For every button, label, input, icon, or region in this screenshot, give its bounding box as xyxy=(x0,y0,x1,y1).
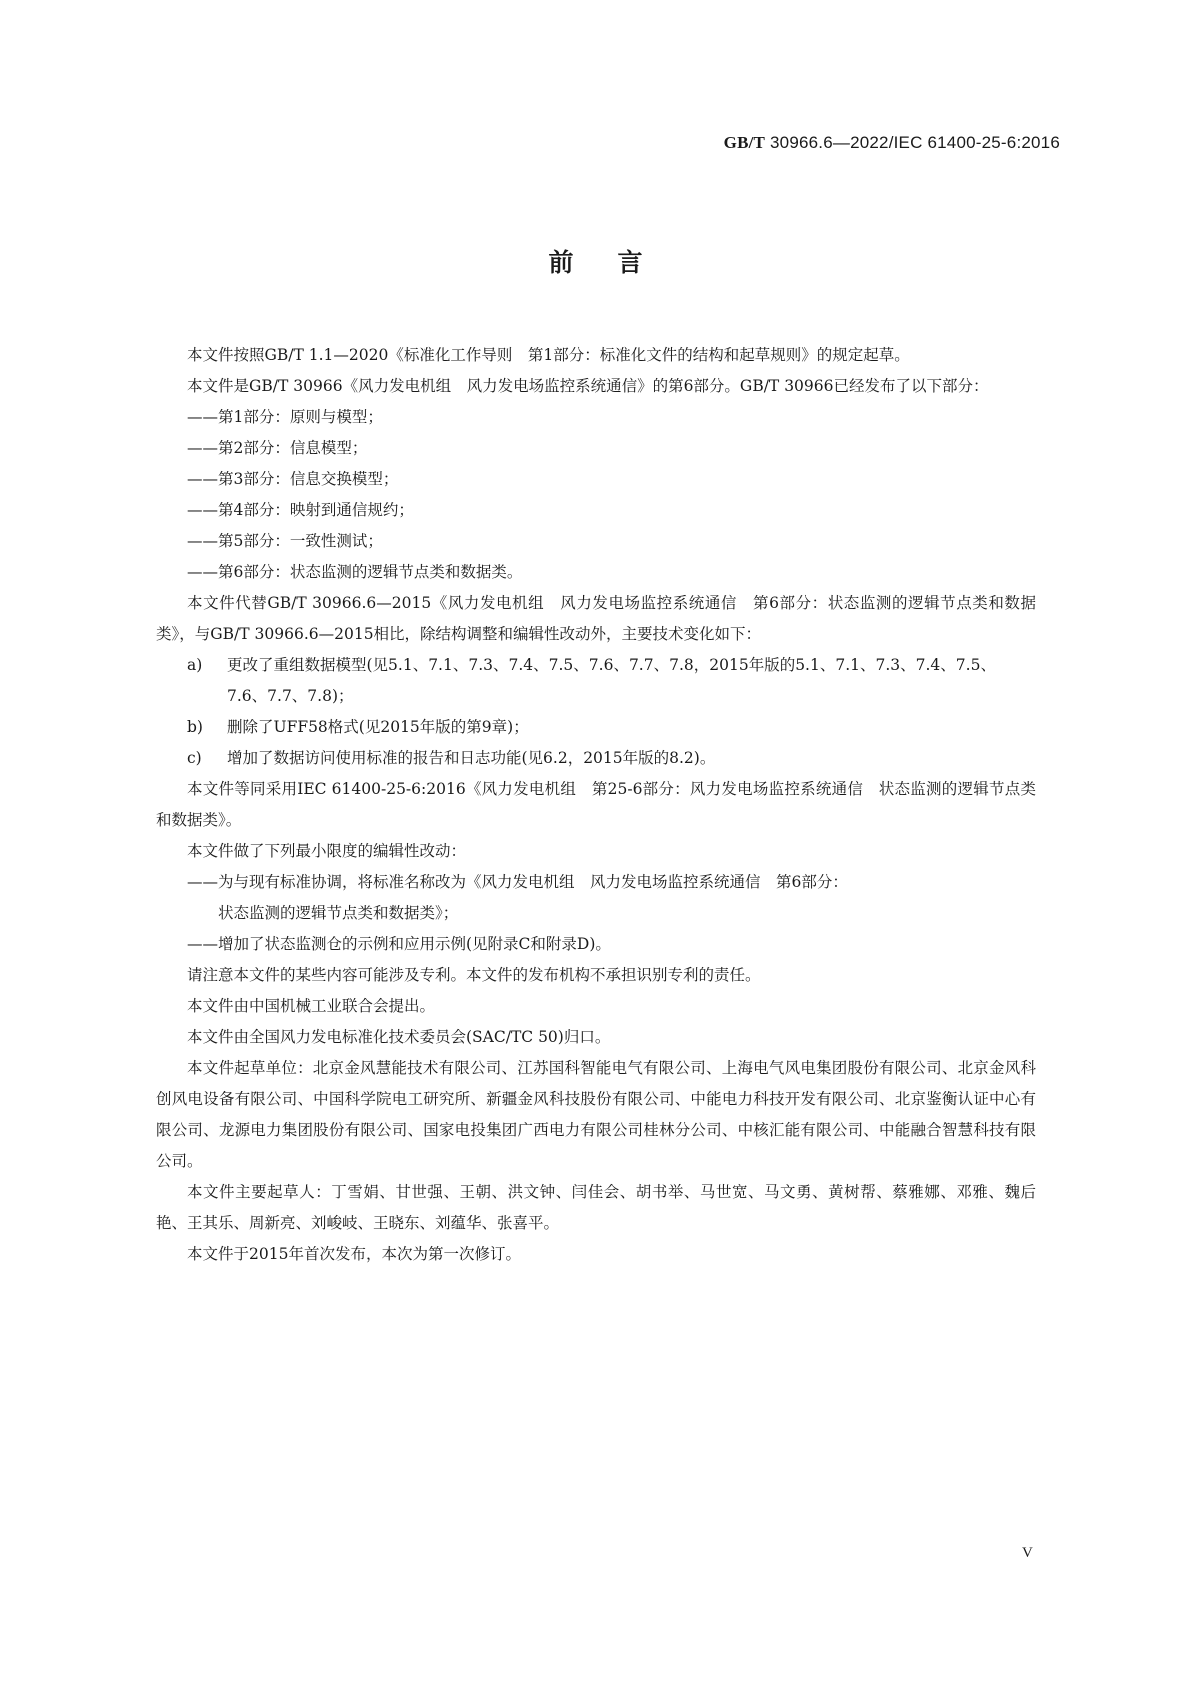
list-item-edit: ——为与现有标准协调，将标准名称改为《风力发电机组 风力发电场监控系统通信 第6… xyxy=(156,867,1036,898)
paragraph-editorial-changes-intro: 本文件做了下列最小限度的编辑性改动： xyxy=(156,836,1036,867)
enum-text: 更改了重组数据模型(见5.1、7.1、7.3、7.4、7.5、7.6、7.7、7… xyxy=(227,650,1036,712)
paragraph-proposer: 本文件由中国机械工业联合会提出。 xyxy=(156,991,1036,1022)
paragraph-replaces: 本文件代替GB/T 30966.6—2015《风力发电机组 风力发电场监控系统通… xyxy=(156,588,1036,650)
page-title: 前言 xyxy=(0,243,1191,279)
standard-code-number: 30966.6—2022/IEC 61400-25-6:2016 xyxy=(765,133,1060,152)
paragraph-series-intro: 本文件是GB/T 30966《风力发电机组 风力发电场监控系统通信》的第6部分。… xyxy=(156,371,1036,402)
paragraph-committee: 本文件由全国风力发电标准化技术委员会(SAC/TC 50)归口。 xyxy=(156,1022,1036,1053)
paragraph-equivalent-adoption: 本文件等同采用IEC 61400-25-6:2016《风力发电机组 第25-6部… xyxy=(156,774,1036,836)
paragraph-drafters: 本文件主要起草人：丁雪娟、甘世强、王朝、洪文钟、闫佳会、胡书举、马世宽、马文勇、… xyxy=(156,1177,1036,1239)
list-item-change: c) 增加了数据访问使用标准的报告和日志功能(见6.2，2015年版的8.2)。 xyxy=(156,743,1036,774)
list-item-part: ——第4部分：映射到通信规约； xyxy=(156,495,1036,526)
list-item-part: ——第5部分：一致性测试； xyxy=(156,526,1036,557)
paragraph-patent-notice: 请注意本文件的某些内容可能涉及专利。本文件的发布机构不承担识别专利的责任。 xyxy=(156,960,1036,991)
list-item-edit-continuation: 状态监测的逻辑节点类和数据类》； xyxy=(156,898,1036,929)
paragraph-revision-history: 本文件于2015年首次发布，本次为第一次修订。 xyxy=(156,1239,1036,1270)
list-item-part: ——第6部分：状态监测的逻辑节点类和数据类。 xyxy=(156,557,1036,588)
enum-label: c) xyxy=(187,743,227,774)
standard-code-header: GB/T 30966.6—2022/IEC 61400-25-6:2016 xyxy=(724,133,1060,153)
enum-text: 增加了数据访问使用标准的报告和日志功能(见6.2，2015年版的8.2)。 xyxy=(227,743,1036,774)
list-item-change: b) 删除了UFF58格式(见2015年版的第9章)； xyxy=(156,712,1036,743)
paragraph-drafting-units: 本文件起草单位：北京金风慧能技术有限公司、江苏国科智能电气有限公司、上海电气风电… xyxy=(156,1053,1036,1177)
list-item-change: a) 更改了重组数据模型(见5.1、7.1、7.3、7.4、7.5、7.6、7.… xyxy=(156,650,1036,712)
enum-text: 删除了UFF58格式(见2015年版的第9章)； xyxy=(227,712,1036,743)
paragraph-drafting-rules: 本文件按照GB/T 1.1—2020《标准化工作导则 第1部分：标准化文件的结构… xyxy=(156,340,1036,371)
standard-code-prefix: GB/T xyxy=(724,133,765,152)
enum-label: a) xyxy=(187,650,227,712)
list-item-part: ——第2部分：信息模型； xyxy=(156,433,1036,464)
page-number: V xyxy=(1022,1545,1033,1562)
list-item-part: ——第1部分：原则与模型； xyxy=(156,402,1036,433)
list-item-part: ——第3部分：信息交换模型； xyxy=(156,464,1036,495)
foreword-body: 本文件按照GB/T 1.1—2020《标准化工作导则 第1部分：标准化文件的结构… xyxy=(156,340,1036,1270)
enum-label: b) xyxy=(187,712,227,743)
list-item-edit: ——增加了状态监测仓的示例和应用示例(见附录C和附录D)。 xyxy=(156,929,1036,960)
